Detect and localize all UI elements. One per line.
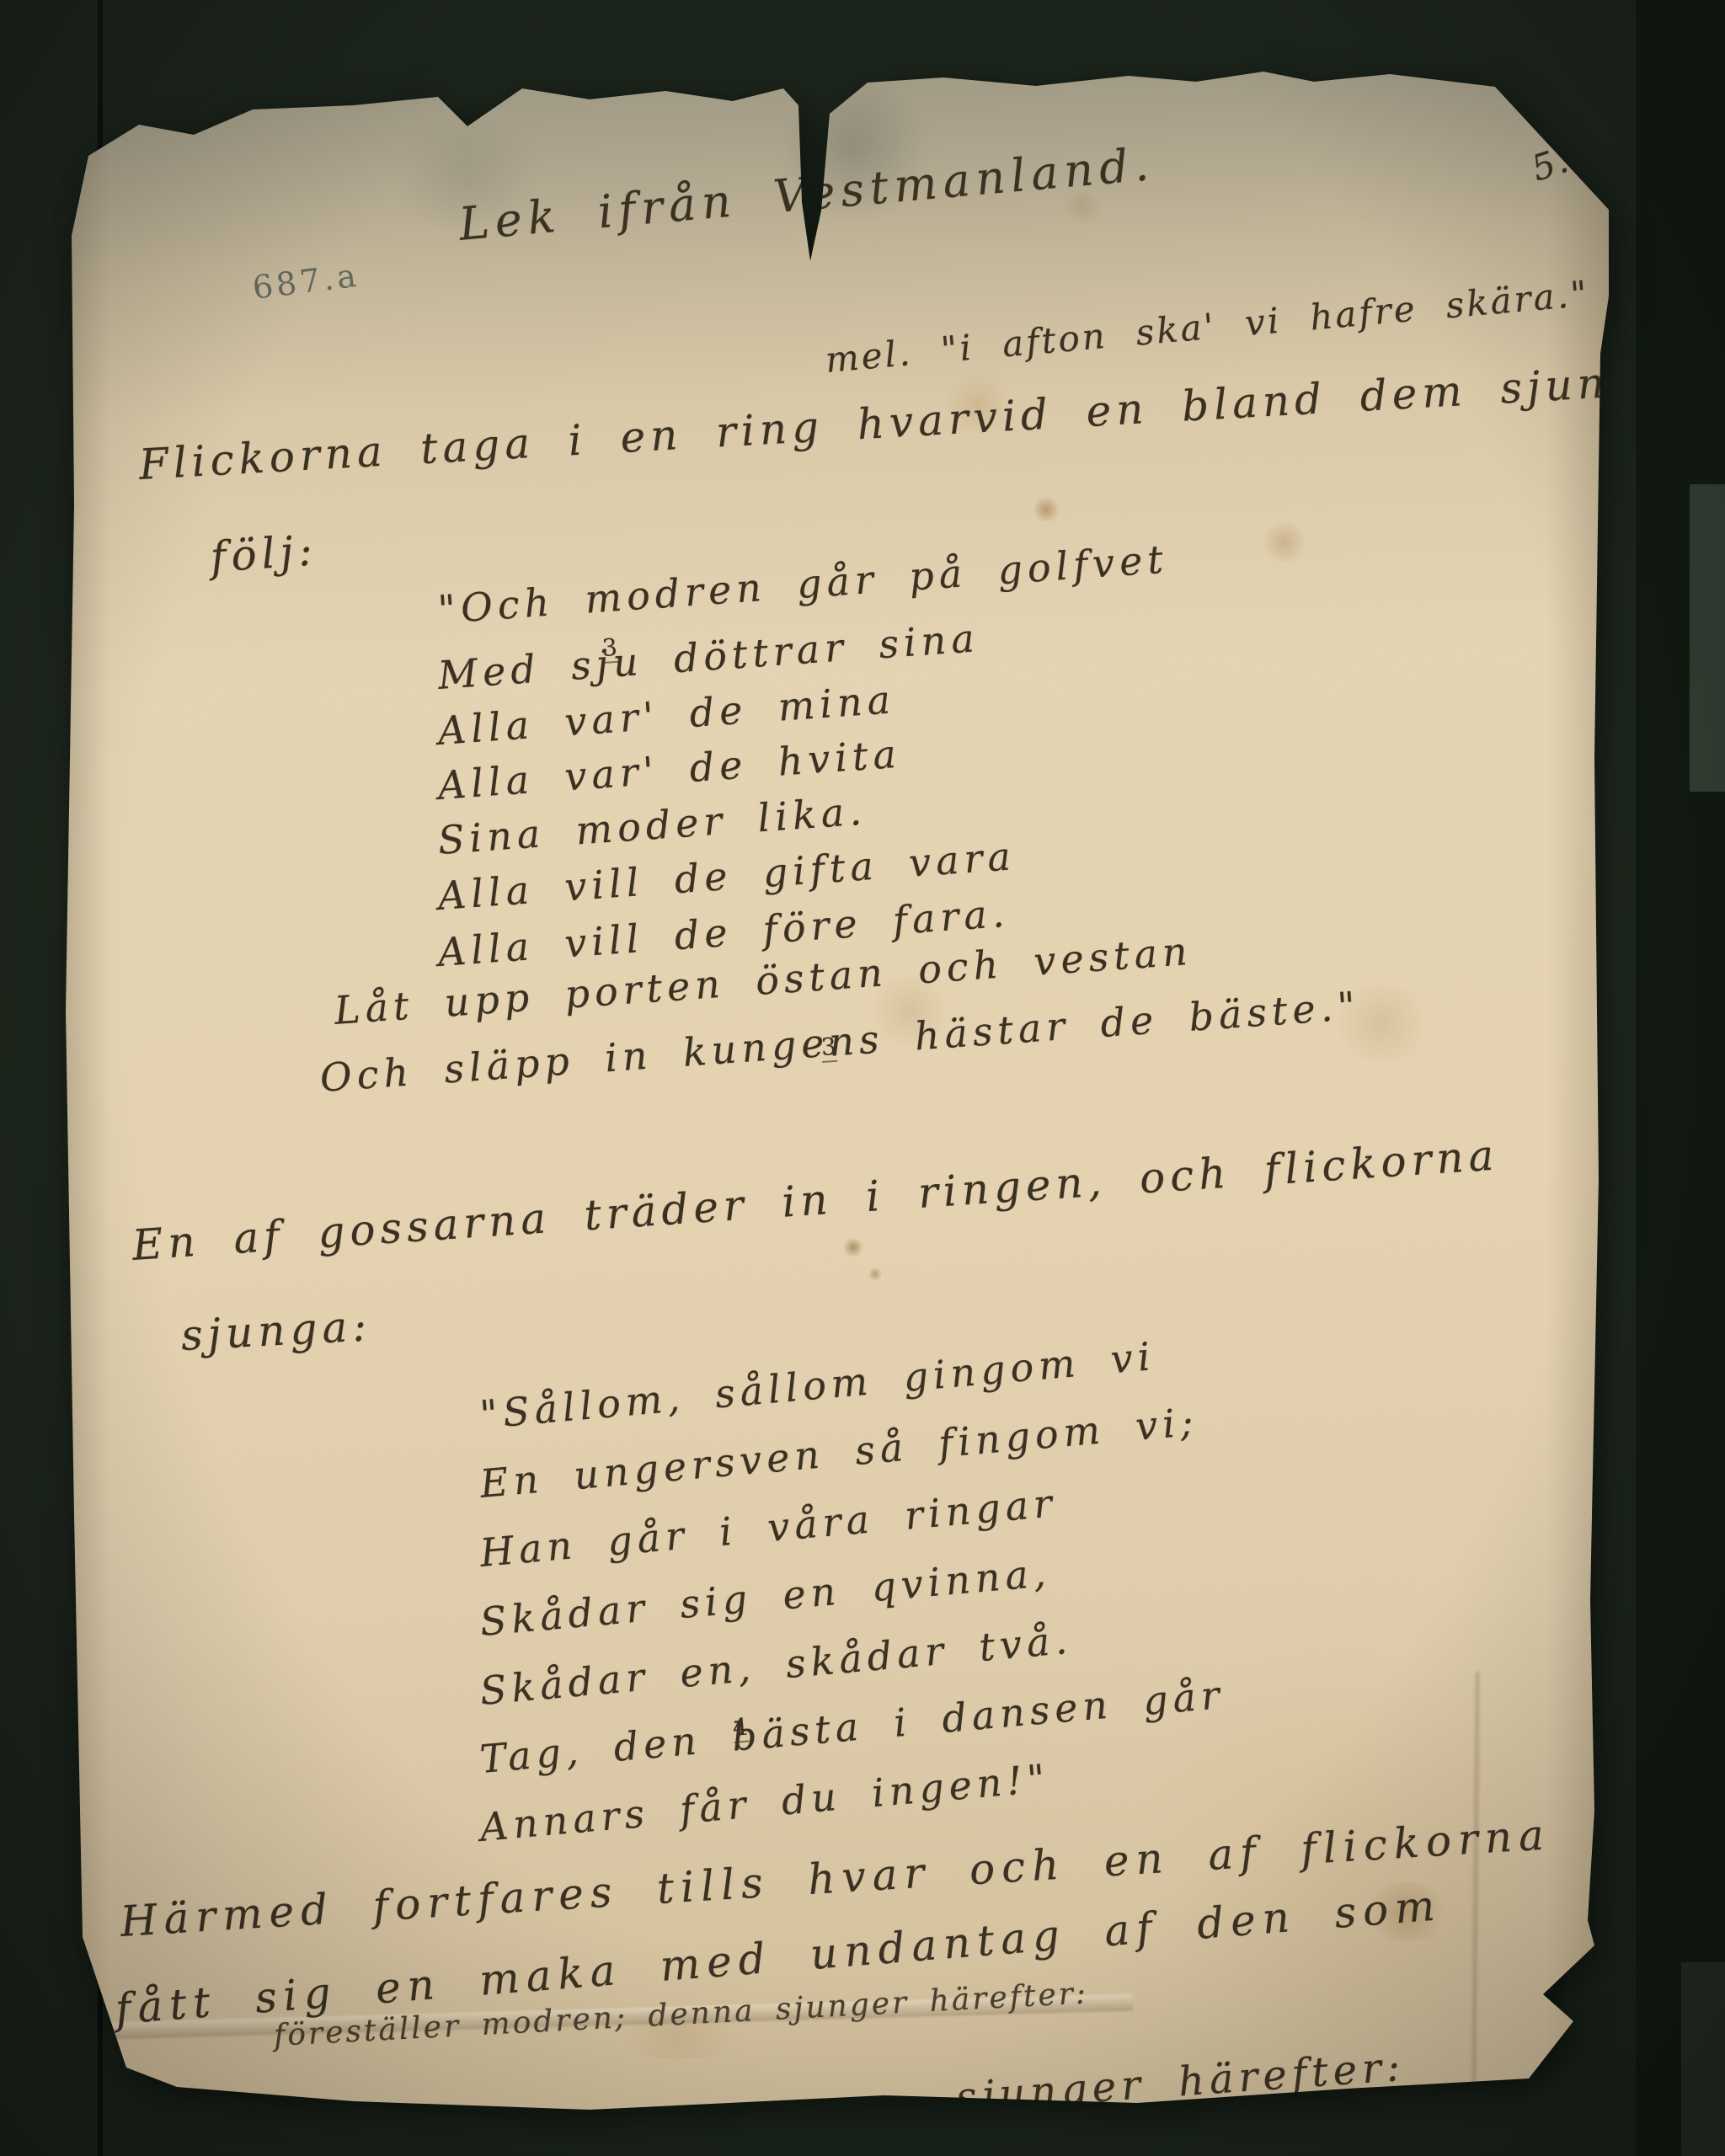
scan-background: 687.a 5. Lek ifrån Vestmanland. mel. "i …: [0, 0, 1725, 2156]
paper-crease-vertical: [1472, 1672, 1479, 2093]
middle-line: sjunga:: [179, 1301, 372, 1360]
archive-number: 687.a: [250, 257, 361, 307]
stain: [868, 1267, 883, 1281]
background-right-strip-lower: [1681, 1962, 1725, 2156]
background-right-strip: [1690, 484, 1725, 792]
document-title: Lek ifrån Vestmanland.: [457, 137, 1156, 251]
verse1-line: Med sju döttrar sina: [436, 615, 980, 698]
manuscript-page-wrap: 687.a 5. Lek ifrån Vestmanland. mel. "i …: [63, 72, 1609, 2110]
melody-note: mel. "i afton ska' vi hafre skära.": [824, 273, 1591, 381]
closing-partial-line: sjunger härefter:: [954, 2043, 1407, 2110]
stain: [1032, 497, 1060, 522]
intro-line: följ:: [209, 526, 319, 582]
manuscript-page: 687.a 5. Lek ifrån Vestmanland. mel. "i …: [63, 72, 1609, 2110]
middle-line: En af gossarna träder in i ringen, och f…: [131, 1130, 1500, 1270]
stain: [1259, 522, 1310, 563]
page-number: 5.: [1526, 139, 1574, 189]
verse1-line: "Och modren går på golfvet: [436, 536, 1169, 632]
stain: [842, 1238, 864, 1257]
background-right-band: [1636, 0, 1725, 2156]
